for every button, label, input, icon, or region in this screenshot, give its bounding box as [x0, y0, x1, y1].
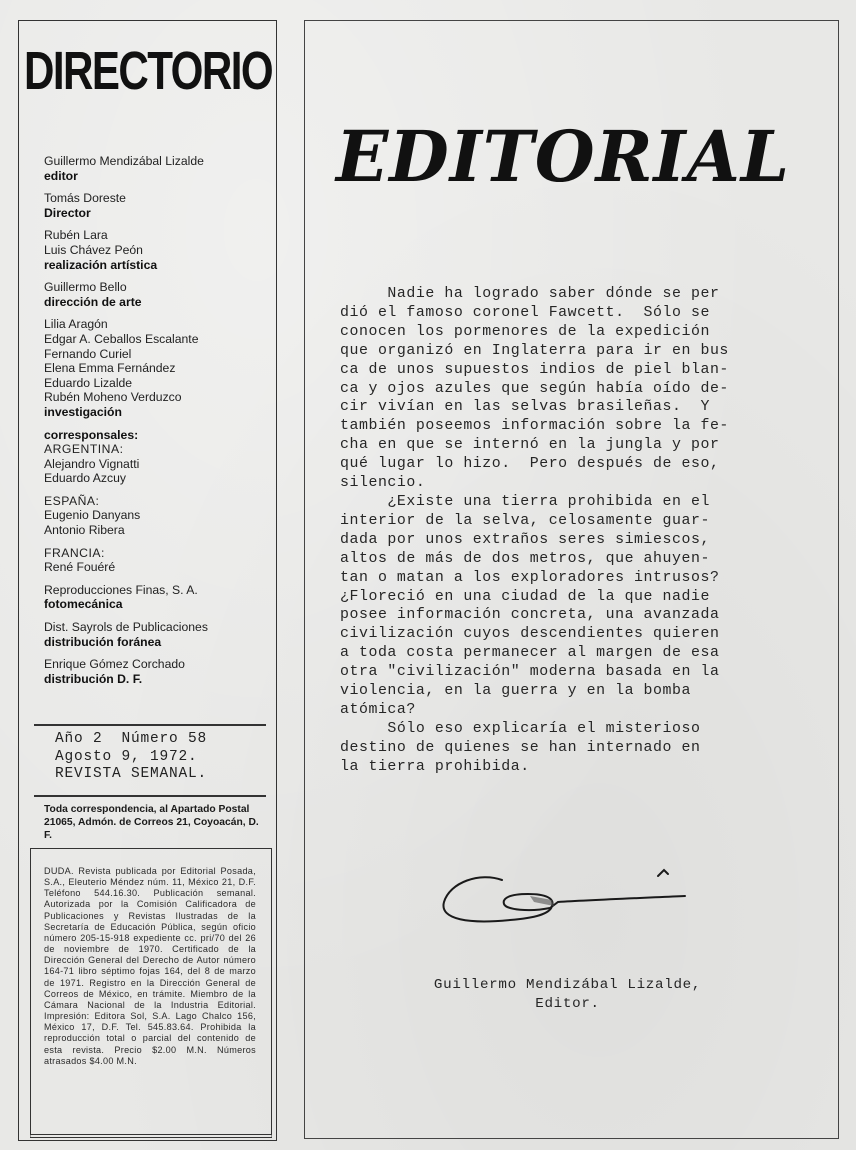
correspondent-name: Alejandro Vignatti — [44, 457, 274, 472]
directorio-title: DIRECTORIO — [24, 44, 272, 98]
staff-name: Elena Emma Fernández — [44, 361, 274, 376]
editorial-line: posee información concreta, una avanzada — [340, 606, 820, 625]
staff-role: realización artística — [44, 258, 274, 273]
editorial-line: cir vivían en las selvas brasileñas. Y — [340, 398, 820, 417]
staff-name: Rubén Lara — [44, 228, 274, 243]
editorial-line: también poseemos información sobre la fe… — [340, 417, 820, 436]
editorial-line: la tierra prohibida. — [340, 758, 820, 777]
staff-name: Tomás Doreste — [44, 191, 274, 206]
staff-name: Luis Chávez Peón — [44, 243, 274, 258]
staff-role: fotomecánica — [44, 597, 274, 612]
staff-block: Guillermo Mendizábal Lizaldeeditor — [44, 154, 274, 183]
editorial-line: altos de más de dos metros, que ahuyen- — [340, 550, 820, 569]
correspondent-country: ARGENTINA: — [44, 442, 274, 457]
correspondent-name: Eduardo Azcuy — [44, 471, 274, 486]
staff-name: Enrique Gómez Corchado — [44, 657, 274, 672]
correspondent-name: Antonio Ribera — [44, 523, 274, 538]
editorial-title: EDITORIAL — [336, 122, 790, 192]
staff-block: Lilia AragónEdgar A. Ceballos EscalanteF… — [44, 317, 274, 419]
staff-role: dirección de arte — [44, 295, 274, 310]
editorial-line: interior de la selva, celosamente guar- — [340, 512, 820, 531]
staff-name: Lilia Aragón — [44, 317, 274, 332]
correspondent-country: ESPAÑA: — [44, 494, 274, 509]
staff-block: Dist. Sayrols de Publicacionesdistribuci… — [44, 620, 274, 649]
editorial-line: ca y ojos azules que según había oído de… — [340, 380, 820, 399]
correspondent-block: FRANCIA:René Fouéré — [44, 546, 274, 575]
issue-info: Año 2 Número 58 Agosto 9, 1972. REVISTA … — [55, 731, 207, 784]
editorial-line: Sólo eso explicaría el misterioso — [340, 720, 820, 739]
issue-number: Año 2 Número 58 — [55, 731, 207, 747]
staff-role: Director — [44, 206, 274, 221]
staff-block: Tomás DoresteDirector — [44, 191, 274, 220]
editorial-line: silencio. — [340, 474, 820, 493]
editorial-line: tan o matan a los exploradores intrusos? — [340, 569, 820, 588]
editorial-line: destino de quienes se han internado en — [340, 739, 820, 758]
staff-name: Fernando Curiel — [44, 347, 274, 362]
issue-date: Agosto 9, 1972. — [55, 749, 198, 765]
editorial-body: Nadie ha logrado saber dónde se perdió e… — [340, 285, 820, 777]
correspondent-name: Eugenio Danyans — [44, 508, 274, 523]
correspondent-name: René Fouéré — [44, 560, 274, 575]
correspondence-address: Toda correspondencia, al Apartado Postal… — [44, 803, 264, 842]
correspondents-heading: corresponsales: — [44, 428, 274, 443]
staff-role: distribución D. F. — [44, 672, 274, 687]
staff-name: Dist. Sayrols de Publicaciones — [44, 620, 274, 635]
signer-block: Guillermo Mendizábal Lizalde, Editor. — [340, 976, 795, 1014]
staff-role: distribución foránea — [44, 635, 274, 650]
editorial-line: ¿Existe una tierra prohibida en el — [340, 493, 820, 512]
staff-name: Rubén Moheno Verduzco — [44, 390, 274, 405]
editorial-line: ca de unos supuestos indios de piel blan… — [340, 361, 820, 380]
correspondent-country: FRANCIA: — [44, 546, 274, 561]
staff-block: Rubén LaraLuis Chávez Peónrealización ar… — [44, 228, 274, 272]
correspondent-block: ESPAÑA:Eugenio DanyansAntonio Ribera — [44, 494, 274, 538]
editorial-line: qué lugar lo hizo. Pero después de eso, — [340, 455, 820, 474]
signature-icon — [440, 868, 700, 948]
editorial-line: dió el famoso coronel Fawcett. Sólo se — [340, 304, 820, 323]
editorial-line: conocen los pormenores de la expedición — [340, 323, 820, 342]
divider — [34, 724, 266, 726]
editorial-line: cha en que se internó en la jungla y por — [340, 436, 820, 455]
staff-name: Edgar A. Ceballos Escalante — [44, 332, 274, 347]
divider — [34, 795, 266, 797]
staff-name: Reproducciones Finas, S. A. — [44, 583, 274, 598]
editorial-line: civilización cuyos descendientes quieren — [340, 625, 820, 644]
staff-role: editor — [44, 169, 274, 184]
editorial-line: dada por unos extraños seres simiescos, — [340, 531, 820, 550]
editorial-line: a toda costa permanecer al margen de esa — [340, 644, 820, 663]
staff-name: Guillermo Bello — [44, 280, 274, 295]
staff-role: investigación — [44, 405, 274, 420]
staff-block: Guillermo Bellodirección de arte — [44, 280, 274, 309]
staff-block: Enrique Gómez Corchadodistribución D. F. — [44, 657, 274, 686]
staff-name: Guillermo Mendizábal Lizalde — [44, 154, 274, 169]
editorial-line: violencia, en la guerra y en la bomba — [340, 682, 820, 701]
staff-list: Guillermo Mendizábal LizaldeeditorTomás … — [44, 154, 274, 694]
editorial-line: atómica? — [340, 701, 820, 720]
editorial-line: que organizó en Inglaterra para ir en bu… — [340, 342, 820, 361]
editorial-line: Nadie ha logrado saber dónde se per — [340, 285, 820, 304]
legal-notice: DUDA. Revista publicada por Editorial Po… — [44, 866, 256, 1067]
correspondent-block: corresponsales:ARGENTINA:Alejandro Vigna… — [44, 428, 274, 486]
editorial-line: otra "civilización" moderna basada en la — [340, 663, 820, 682]
staff-name: Eduardo Lizalde — [44, 376, 274, 391]
editorial-line: ¿Floreció en una ciudad de la que nadie — [340, 588, 820, 607]
issue-frequency: REVISTA SEMANAL. — [55, 766, 207, 782]
staff-block: Reproducciones Finas, S. A.fotomecánica — [44, 583, 274, 612]
signer-name: Guillermo Mendizábal Lizalde, — [340, 976, 795, 995]
signer-title: Editor. — [340, 995, 795, 1014]
